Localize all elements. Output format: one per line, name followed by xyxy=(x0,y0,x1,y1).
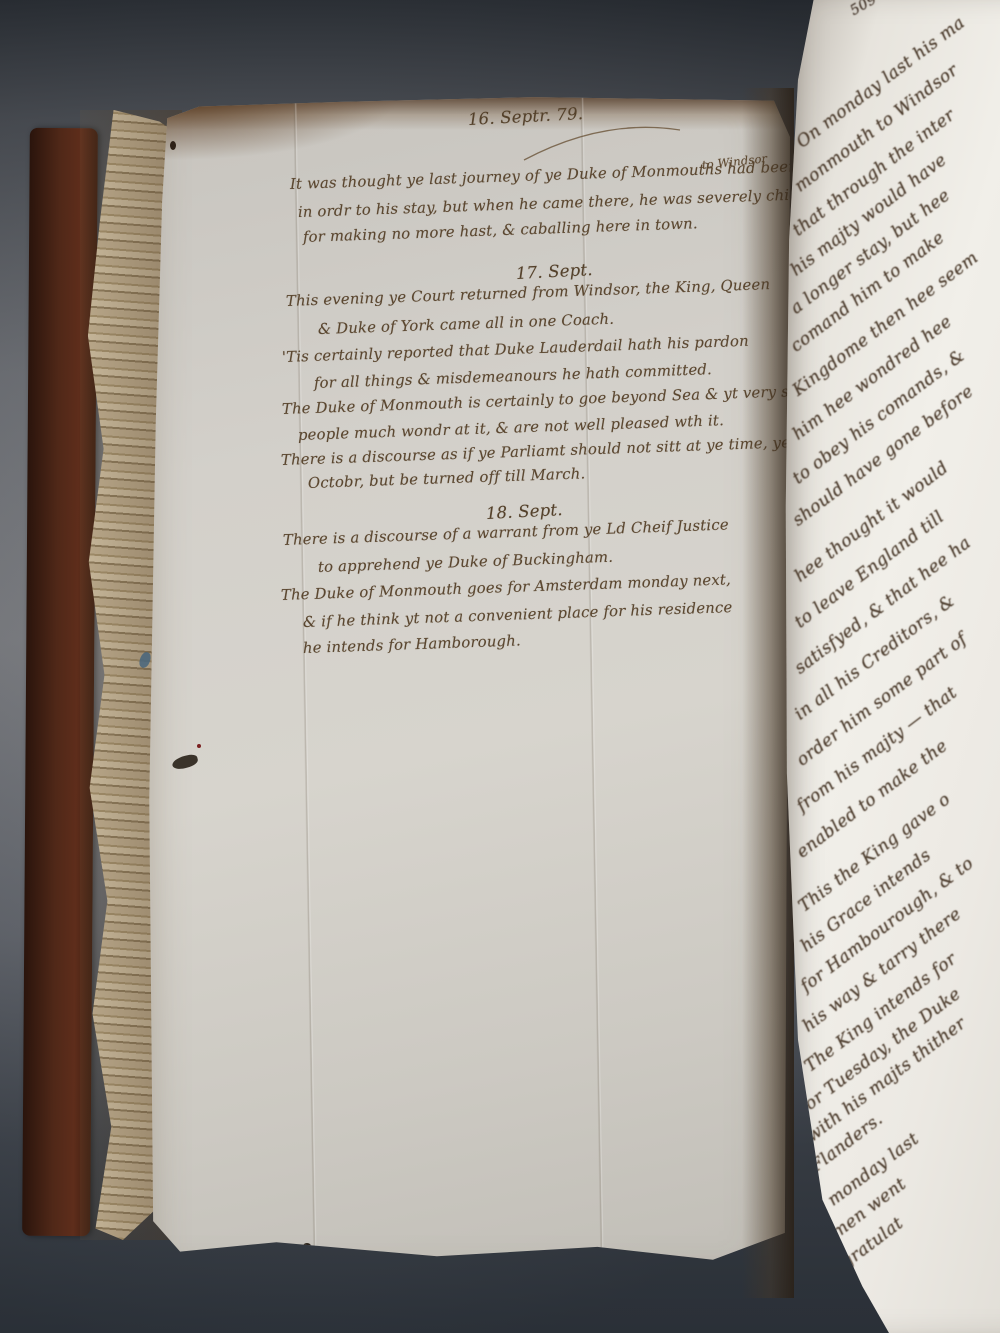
page-number: 509 xyxy=(848,0,879,18)
fold-crease xyxy=(293,96,317,1268)
entry-line: for making no more hast, & caballing her… xyxy=(303,217,698,246)
gutter-shadow xyxy=(742,88,794,1298)
edge-speck xyxy=(303,1243,311,1249)
entry-line: There is a discourse of a warrant from y… xyxy=(283,518,729,548)
ink-blot xyxy=(171,753,199,771)
book-cover-board xyxy=(22,128,98,1236)
entry-line: This evening ye Court returned from Wind… xyxy=(286,278,771,310)
corner-stain xyxy=(148,96,418,166)
pen-flourish xyxy=(518,116,688,166)
entry-line: The Duke of Monmouth goes for Amsterdam … xyxy=(281,573,731,604)
right-page: 509 On monday last his ma monmouth to Wi… xyxy=(778,0,1000,1333)
entry-line: Octobr, but be turned off till March. xyxy=(308,467,586,491)
entry-line: & Duke of York came all in one Coach. xyxy=(318,313,615,338)
manuscript-photo: { "colors": { "ink": "#5b4730", "paper_l… xyxy=(0,0,1000,1333)
date-heading-17-sept: 17. Sept. xyxy=(516,262,594,282)
entry-line: & if he think yt not a convenient place … xyxy=(303,601,733,631)
entry-line: to apprehend ye Duke of Buckingham. xyxy=(318,551,614,576)
entry-line: he intends for Hamborough. xyxy=(303,634,521,656)
entry-line: in ordr to his stay, but when he came th… xyxy=(298,188,809,221)
entry-line: 'Tis certainly reported that Duke Lauder… xyxy=(282,335,749,366)
red-speck xyxy=(197,744,201,748)
wormhole xyxy=(170,141,176,150)
date-heading-18-sept: 18. Sept. xyxy=(486,502,564,522)
left-page: 16. Septr. 79. to Windsor It was thought… xyxy=(148,96,790,1268)
right-page-text: 509 On monday last his ma monmouth to Wi… xyxy=(778,0,1000,1333)
